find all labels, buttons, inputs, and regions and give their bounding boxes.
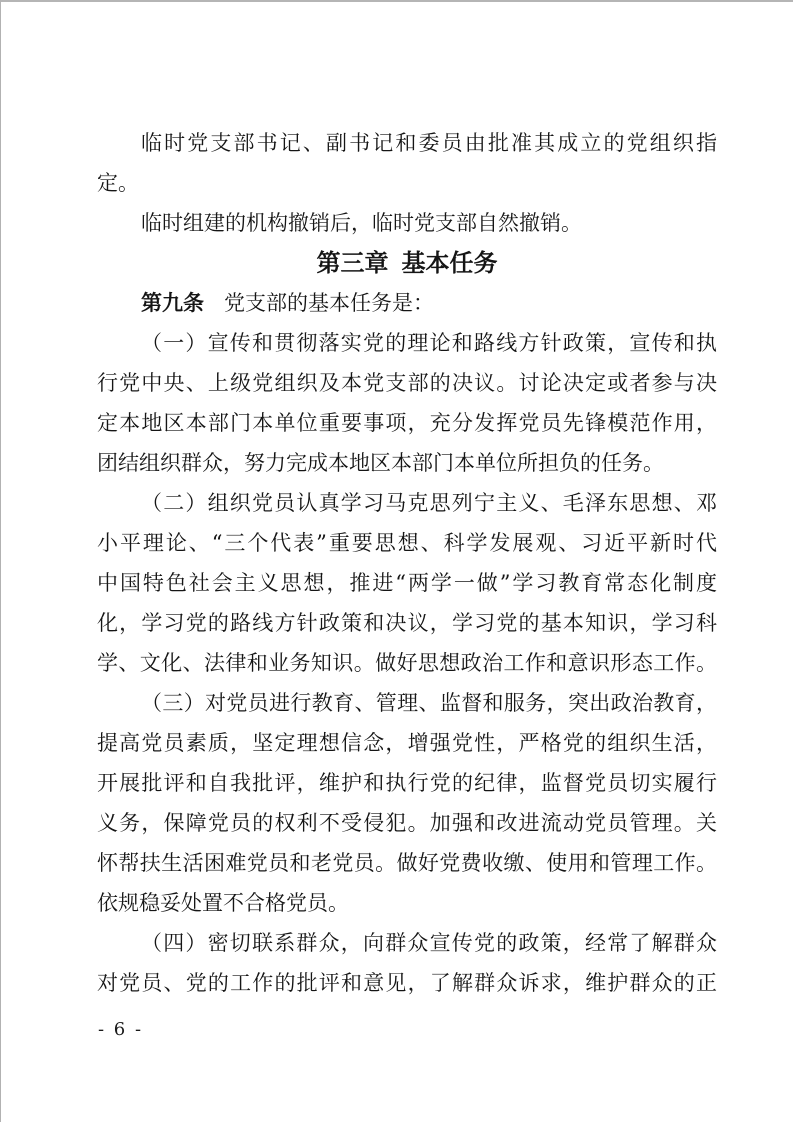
body-line: 对党员、党的工作的批评和意见，了解群众诉求，维护群众的正 [97, 963, 717, 1003]
body-line: 义务，保障党员的权利不受侵犯。加强和改进流动党员管理。关 [97, 803, 717, 843]
chapter-heading: 第三章基本任务 [97, 243, 717, 283]
article-lead: 党支部的基本任务是： [224, 291, 434, 315]
body-line: 行党中央、上级党组织及本党支部的决议。讨论决定或者参与决 [97, 363, 717, 403]
body-line: （一）宣传和贯彻落实党的理论和路线方针政策，宣传和执 [97, 323, 717, 363]
document-body: 临时党支部书记、副书记和委员由批准其成立的党组织指 定。 临时组建的机构撤销后，… [97, 123, 717, 1003]
body-line: 临时组建的机构撤销后，临时党支部自然撤销。 [97, 203, 717, 243]
body-line: 依规稳妥处置不合格党员。 [97, 883, 717, 923]
document-page: 临时党支部书记、副书记和委员由批准其成立的党组织指 定。 临时组建的机构撤销后，… [0, 0, 793, 1122]
body-line: 中国特色社会主义思想，推进“两学一做”学习教育常态化制度 [97, 563, 717, 603]
chapter-number: 第三章 [317, 249, 389, 277]
body-line: （四）密切联系群众，向群众宣传党的政策，经常了解群众 [97, 923, 717, 963]
body-line: 定。 [97, 163, 717, 203]
body-line: 临时党支部书记、副书记和委员由批准其成立的党组织指 [97, 123, 717, 163]
body-line: 怀帮扶生活困难党员和老党员。做好党费收缴、使用和管理工作。 [97, 843, 717, 883]
body-line: 化，学习党的路线方针政策和决议，学习党的基本知识，学习科 [97, 603, 717, 643]
page-number: - 6 - [98, 1010, 143, 1050]
article-line: 第九条党支部的基本任务是： [97, 283, 717, 323]
body-line: 学、文化、法律和业务知识。做好思想政治工作和意识形态工作。 [97, 643, 717, 683]
body-line: （二）组织党员认真学习马克思列宁主义、毛泽东思想、邓 [97, 483, 717, 523]
chapter-title: 基本任务 [402, 249, 498, 277]
body-line: 开展批评和自我批评，维护和执行党的纪律，监督党员切实履行 [97, 763, 717, 803]
article-number: 第九条 [141, 290, 204, 315]
body-line: 定本地区本部门本单位重要事项，充分发挥党员先锋模范作用， [97, 403, 717, 443]
body-line: 提高党员素质，坚定理想信念，增强党性，严格党的组织生活， [97, 723, 717, 763]
body-line: 团结组织群众，努力完成本地区本部门本单位所担负的任务。 [97, 443, 717, 483]
body-line: 小平理论、“三个代表”重要思想、科学发展观、习近平新时代 [97, 523, 717, 563]
body-line: （三）对党员进行教育、管理、监督和服务，突出政治教育， [97, 683, 717, 723]
